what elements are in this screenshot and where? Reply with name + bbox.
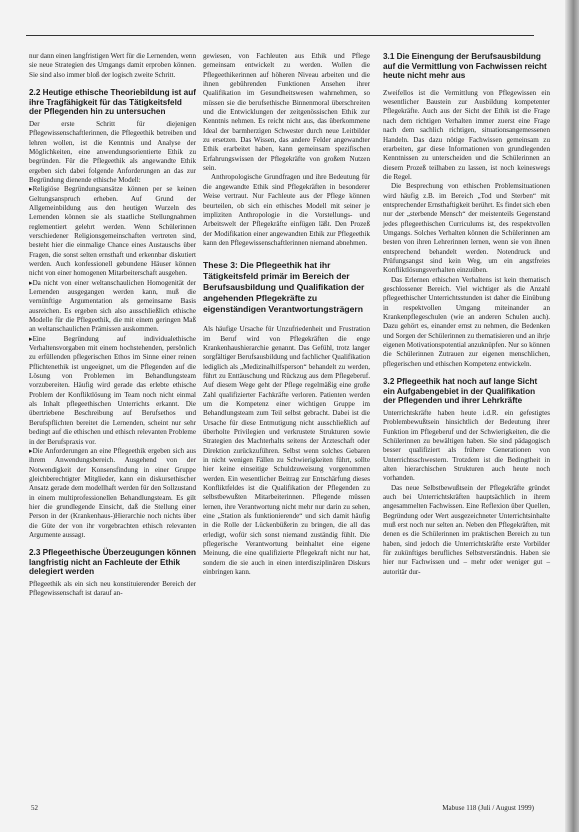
section-heading-3-1: 3.1 Die Einengung der Berufsausbildung a… bbox=[383, 52, 550, 81]
page-edge-shadow bbox=[565, 0, 579, 832]
bullet-item: Eine Begründung auf individualethische V… bbox=[29, 335, 196, 447]
paragraph: Pflegeethik als ein sich neu konstituier… bbox=[29, 580, 196, 599]
section-heading-2-2: 2.2 Heutige ethische Theoriebildung ist … bbox=[29, 88, 196, 117]
bullet-item: Da nicht von einer weltanschaulichen Hom… bbox=[29, 279, 196, 335]
column-middle: gewiesen, von Fachleuten aus Ethik und P… bbox=[203, 52, 370, 578]
page-number: 52 bbox=[31, 804, 38, 812]
column-left: nur dann einen langfristigen Wert für di… bbox=[29, 52, 196, 599]
paragraph: Das Erlernen ethischen Verhaltens ist ke… bbox=[383, 276, 550, 369]
column-right: 3.1 Die Einengung der Berufsausbildung a… bbox=[383, 52, 550, 577]
paragraph: Die Besprechung von ethischen Problemsit… bbox=[383, 182, 550, 275]
header-rule bbox=[26, 35, 534, 36]
section-heading-3-2: 3.2 Pflegeethik hat noch auf lange Sicht… bbox=[383, 377, 550, 406]
paragraph: nur dann einen langfristigen Wert für di… bbox=[29, 52, 196, 80]
bullet-item: Die Anforderungen an eine Pflegeethik er… bbox=[29, 447, 196, 540]
section-heading-2-3: 2.3 Pflegeethische Überzeugungen können … bbox=[29, 548, 196, 577]
paragraph: Als häufige Ursache für Unzufriedenheit … bbox=[203, 325, 370, 577]
paragraph: gewiesen, von Fachleuten aus Ethik und P… bbox=[203, 52, 370, 173]
document-page: nur dann einen langfristigen Wert für di… bbox=[0, 0, 565, 832]
paragraph: Anthropologische Grundfragen und ihre Be… bbox=[203, 173, 370, 248]
journal-citation: Mabuse 118 (Juli / August 1999) bbox=[424, 804, 534, 812]
paragraph: Der erste Schritt für diejenigen Pflegew… bbox=[29, 120, 196, 185]
paragraph: Unterrichtskräfte haben heute i.d.R. ein… bbox=[383, 409, 550, 484]
thesis-heading-3: These 3: Die Pflegeethik hat ihr Tätigke… bbox=[203, 260, 370, 315]
paragraph: Zweifellos ist die Vermittlung von Pfleg… bbox=[383, 89, 550, 182]
bullet-item: Religiöse Begründungsansätze können per … bbox=[29, 185, 196, 278]
paragraph: Das neue Selbstbewußtsein der Pflegekräf… bbox=[383, 484, 550, 577]
